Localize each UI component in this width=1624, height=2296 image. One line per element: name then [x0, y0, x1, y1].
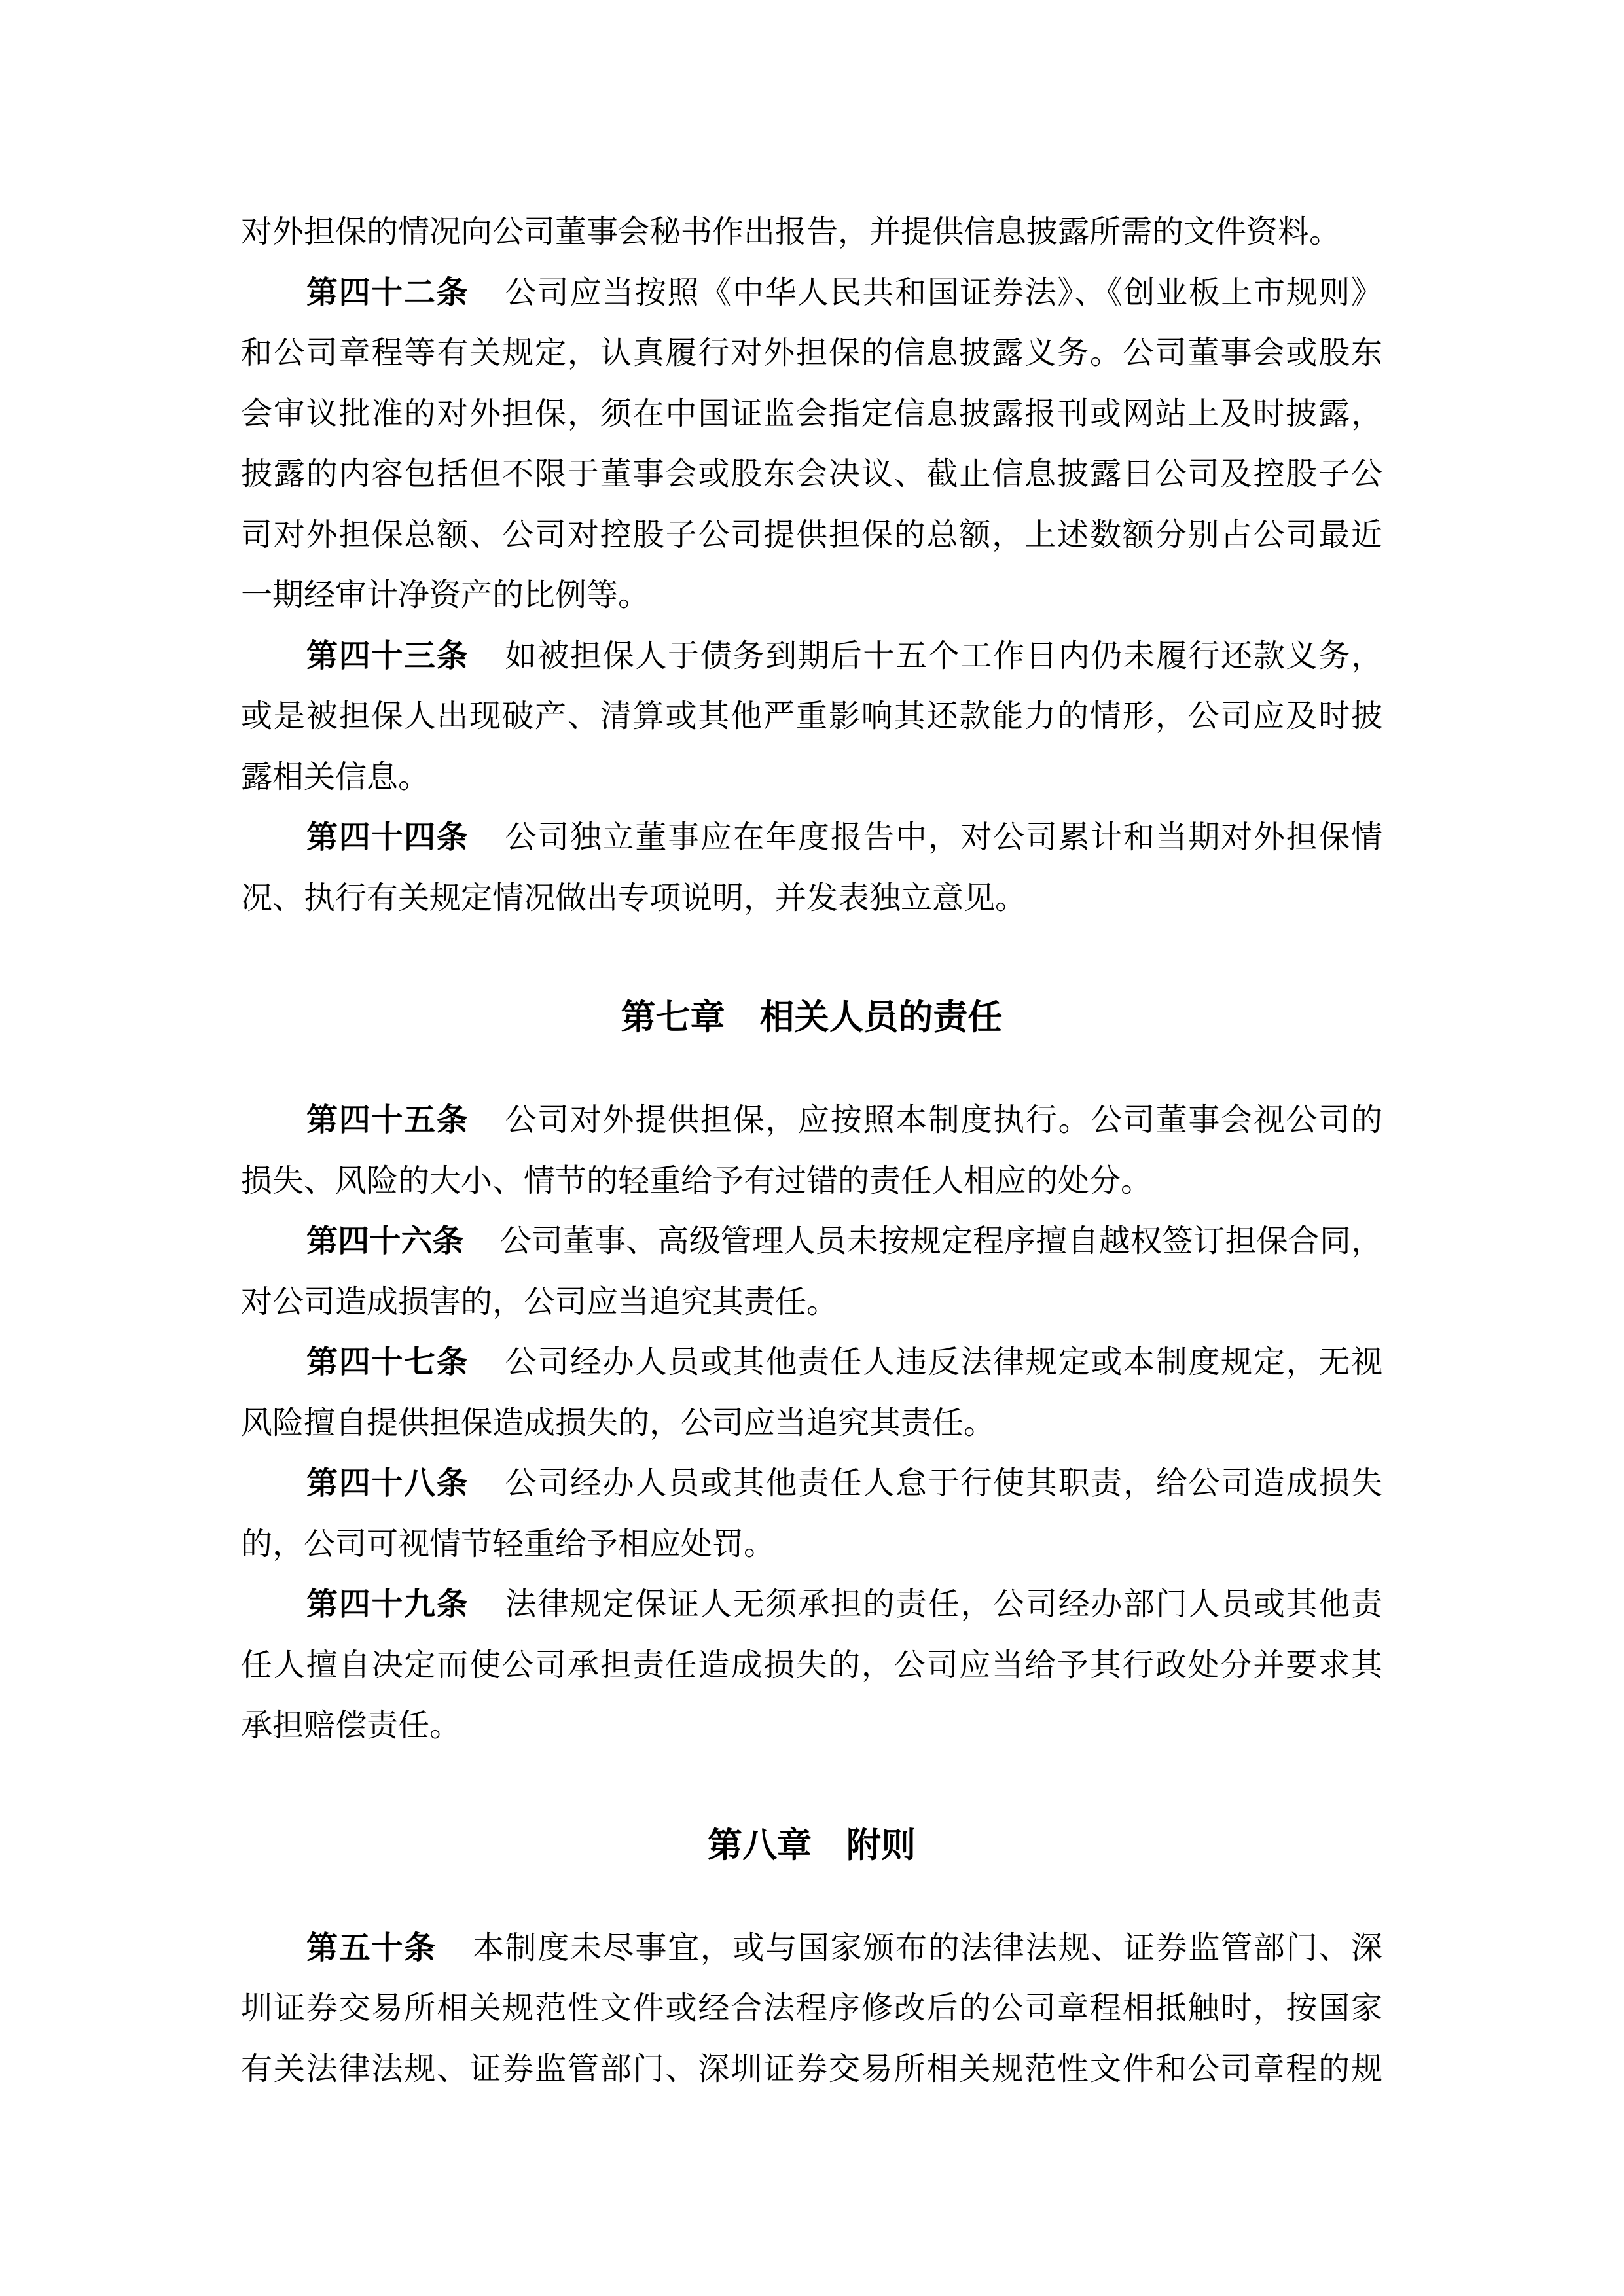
text-line: 第四十二条公司应当按照《中华人民共和国证券法》、《创业板上市规则》: [241, 263, 1382, 324]
line-text: 公司独立董事应在年度报告中，对公司累计和当期对外担保情: [505, 820, 1382, 855]
text-line: 况、执行有关规定情况做出专项说明，并发表独立意见。: [241, 869, 1382, 929]
text-line: 对外担保的情况向公司董事会秘书作出报告，并提供信息披露所需的文件资料。: [241, 202, 1382, 263]
article-number: 第四十九条: [306, 1587, 469, 1622]
text-line: 和公司章程等有关规定，认真履行对外担保的信息披露义务。公司董事会或股东: [241, 323, 1382, 384]
line-text: 对外担保的情况向公司董事会秘书作出报告，并提供信息披露所需的文件资料。: [241, 215, 1341, 249]
line-text: 公司董事、高级管理人员未按规定程序擅自越权签订担保合同，: [500, 1224, 1382, 1259]
article-number: 第四十三条: [306, 639, 469, 673]
line-text: 一期经审计净资产的比例等。: [241, 578, 649, 613]
text-line: 第四十四条公司独立董事应在年度报告中，对公司累计和当期对外担保情: [241, 808, 1382, 869]
text-line: 会审议批准的对外担保，须在中国证监会指定信息披露报刊或网站上及时披露，: [241, 384, 1382, 445]
article-number: 第四十四条: [306, 820, 469, 855]
chapter-heading: 第八章 附则: [241, 1816, 1382, 1876]
text-line: 承担赔偿责任。: [241, 1696, 1382, 1757]
line-text: 披露的内容包括但不限于董事会或股东会决议、截止信息披露日公司及控股子公: [241, 457, 1382, 492]
line-text: 有关法律法规、证券监管部门、深圳证券交易所相关规范性文件和公司章程的规: [241, 2052, 1382, 2087]
document-body: 对外担保的情况向公司董事会秘书作出报告，并提供信息披露所需的文件资料。第四十二条…: [241, 202, 1382, 2100]
text-line: 对公司造成损害的，公司应当追究其责任。: [241, 1272, 1382, 1333]
article-number: 第四十六条: [306, 1224, 464, 1259]
text-line: 第五十条本制度未尽事宜，或与国家颁布的法律法规、证券监管部门、深: [241, 1918, 1382, 1979]
line-text: 或是被担保人出现破产、清算或其他严重影响其还款能力的情形，公司应及时披: [241, 699, 1382, 734]
line-text: 圳证券交易所相关规范性文件或经合法程序修改后的公司章程相抵触时，按国家: [241, 1991, 1382, 2026]
text-line: 露相关信息。: [241, 747, 1382, 808]
text-line: 第四十九条法律规定保证人无须承担的责任，公司经办部门人员或其他责: [241, 1575, 1382, 1636]
line-text: 公司对外提供担保，应按照本制度执行。公司董事会视公司的: [505, 1103, 1382, 1138]
text-line: 第四十五条公司对外提供担保，应按照本制度执行。公司董事会视公司的: [241, 1090, 1382, 1151]
article-number: 第四十七条: [306, 1345, 469, 1380]
line-text: 会审议批准的对外担保，须在中国证监会指定信息披露报刊或网站上及时披露，: [241, 397, 1382, 431]
line-text: 和公司章程等有关规定，认真履行对外担保的信息披露义务。公司董事会或股东: [241, 336, 1382, 370]
line-text: 露相关信息。: [241, 760, 429, 795]
text-line: 一期经审计净资产的比例等。: [241, 565, 1382, 626]
text-line: 第四十七条公司经办人员或其他责任人违反法律规定或本制度规定，无视: [241, 1333, 1382, 1393]
text-line: 第四十八条公司经办人员或其他责任人怠于行使其职责，给公司造成损失: [241, 1454, 1382, 1515]
line-text: 承担赔偿责任。: [241, 1708, 461, 1743]
text-line: 司对外担保总额、公司对控股子公司提供担保的总额，上述数额分别占公司最近: [241, 505, 1382, 566]
text-line: 披露的内容包括但不限于董事会或股东会决议、截止信息披露日公司及控股子公: [241, 444, 1382, 505]
text-line: 损失、风险的大小、情节的轻重给予有过错的责任人相应的处分。: [241, 1151, 1382, 1212]
line-text: 损失、风险的大小、情节的轻重给予有过错的责任人相应的处分。: [241, 1164, 1152, 1198]
text-line: 或是被担保人出现破产、清算或其他严重影响其还款能力的情形，公司应及时披: [241, 687, 1382, 747]
article-number: 第五十条: [306, 1931, 437, 1965]
line-text: 法律规定保证人无须承担的责任，公司经办部门人员或其他责: [505, 1587, 1382, 1622]
article-number: 第四十二条: [306, 276, 469, 310]
line-text: 如被担保人于债务到期后十五个工作日内仍未履行还款义务，: [505, 639, 1382, 673]
text-line: 任人擅自决定而使公司承担责任造成损失的，公司应当给予其行政处分并要求其: [241, 1636, 1382, 1696]
text-line: 有关法律法规、证券监管部门、深圳证券交易所相关规范性文件和公司章程的规: [241, 2039, 1382, 2100]
line-text: 公司经办人员或其他责任人怠于行使其职责，给公司造成损失: [505, 1466, 1382, 1501]
text-line: 第四十三条如被担保人于债务到期后十五个工作日内仍未履行还款义务，: [241, 626, 1382, 687]
document-page: 对外担保的情况向公司董事会秘书作出报告，并提供信息披露所需的文件资料。第四十二条…: [0, 0, 1624, 2296]
line-text: 公司经办人员或其他责任人违反法律规定或本制度规定，无视: [505, 1345, 1382, 1380]
text-line: 的，公司可视情节轻重给予相应处罚。: [241, 1515, 1382, 1575]
chapter-heading: 第七章 相关人员的责任: [241, 988, 1382, 1049]
line-text: 司对外担保总额、公司对控股子公司提供担保的总额，上述数额分别占公司最近: [241, 518, 1382, 552]
text-line: 圳证券交易所相关规范性文件或经合法程序修改后的公司章程相抵触时，按国家: [241, 1979, 1382, 2039]
line-text: 本制度未尽事宜，或与国家颁布的法律法规、证券监管部门、深: [473, 1931, 1382, 1965]
article-number: 第四十五条: [306, 1103, 469, 1138]
line-text: 风险擅自提供担保造成损失的，公司应当追究其责任。: [241, 1406, 995, 1441]
line-text: 况、执行有关规定情况做出专项说明，并发表独立意见。: [241, 881, 1026, 916]
line-text: 任人擅自决定而使公司承担责任造成损失的，公司应当给予其行政处分并要求其: [241, 1648, 1382, 1683]
line-text: 的，公司可视情节轻重给予相应处罚。: [241, 1527, 775, 1562]
text-line: 第四十六条公司董事、高级管理人员未按规定程序擅自越权签订担保合同，: [241, 1211, 1382, 1272]
line-text: 公司应当按照《中华人民共和国证券法》、《创业板上市规则》: [505, 276, 1382, 310]
article-number: 第四十八条: [306, 1466, 469, 1501]
line-text: 对公司造成损害的，公司应当追究其责任。: [241, 1285, 838, 1319]
text-line: 风险擅自提供担保造成损失的，公司应当追究其责任。: [241, 1393, 1382, 1454]
